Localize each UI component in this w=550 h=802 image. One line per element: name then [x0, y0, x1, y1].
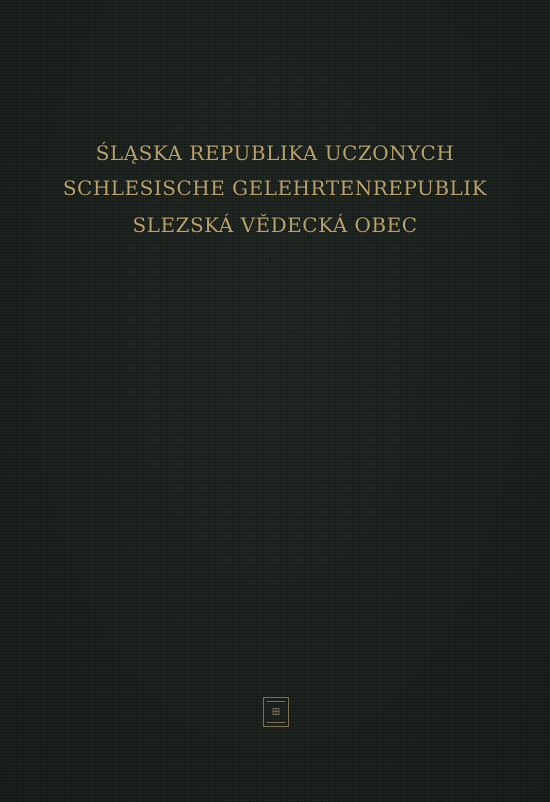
publisher-logo-icon: ⊞ [263, 697, 289, 727]
logo-glyph: ⊞ [264, 706, 288, 717]
logo-top-bar [267, 701, 285, 702]
title-line-czech: SLEZSKÁ VĚDECKÁ OBEC [0, 215, 550, 235]
book-cover: ŚLĄSKA REPUBLIKA UCZONYCH SCHLESISCHE GE… [0, 0, 550, 802]
title-line-polish: ŚLĄSKA REPUBLIKA UCZONYCH [0, 143, 550, 163]
logo-bottom-bar [267, 722, 285, 723]
title-line-german: SCHLESISCHE GELEHRTENREPUBLIK [0, 178, 550, 198]
